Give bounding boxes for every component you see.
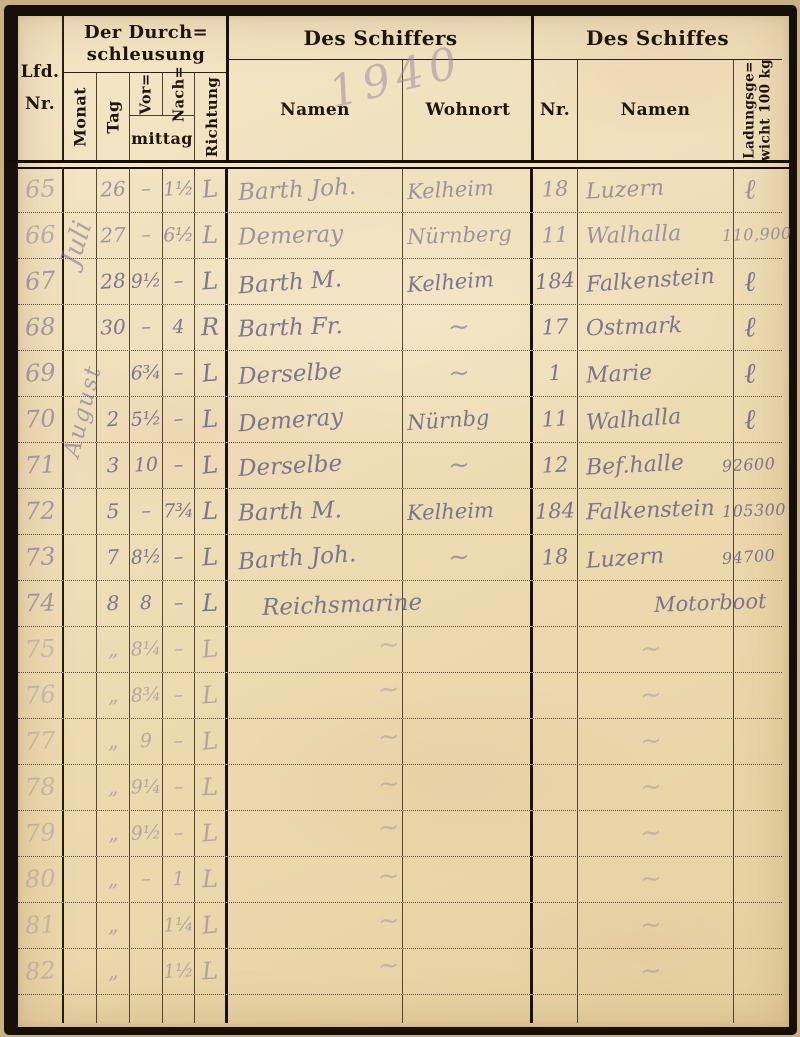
header-mittag-label: mittag: [131, 129, 193, 148]
cell-nachmittag: –: [163, 581, 195, 626]
handwritten-lfd-nr: 82: [17, 948, 64, 995]
cell-richtung: L: [195, 213, 228, 258]
handwritten-schiffer-name: ~: [227, 898, 403, 951]
handwritten-schiff-name: Luzern: [577, 163, 734, 215]
handwritten-schiffer-name: ~: [227, 854, 402, 904]
handwritten-schiff-name: Motorboot: [645, 579, 767, 627]
cell-richtung: L: [195, 535, 228, 580]
cell-monat: [64, 167, 97, 212]
handwritten-gewicht: ℓ: [743, 350, 783, 396]
cell-schiffer-name: Reichsmarine: [228, 581, 403, 626]
handwritten-richtung: L: [193, 626, 227, 673]
cell-schiffer-name: Barth M.: [228, 259, 403, 304]
cell-lfd-nr: 72: [18, 489, 64, 534]
cell-monat: [64, 489, 97, 534]
cell-richtung: L: [195, 581, 228, 626]
handwritten-wohnort: Nürnberg: [402, 211, 530, 259]
handwritten-richtung: L: [194, 764, 226, 809]
handwritten-nachmittag: –: [162, 764, 195, 809]
handwritten-gewicht: ℓ: [743, 258, 784, 305]
handwritten-schiff-name: Marie: [577, 347, 734, 399]
header-richtung-label: Richtung: [203, 76, 221, 157]
handwritten-richtung: L: [194, 258, 227, 304]
cell-wohnort: Nürnbg: [403, 397, 533, 442]
ledger-row: [18, 995, 782, 1023]
cell-nachmittag: 6½: [163, 213, 195, 258]
cell-vormittag: [130, 949, 163, 994]
handwritten-lfd-nr: 69: [17, 350, 63, 396]
cell-wohnort: Kelheim: [403, 167, 533, 212]
handwritten-vormittag: 8: [129, 580, 163, 625]
cell-schiff-name: Marie: [578, 351, 734, 396]
handwritten-nachmittag: –: [162, 534, 196, 580]
cell-tag: 3: [97, 443, 130, 488]
cell-vormittag: –: [130, 305, 163, 350]
cell-schiff-name: [578, 995, 734, 1023]
cell-monat: [64, 903, 97, 948]
handwritten-schiff-nr: [533, 856, 577, 858]
handwritten-tag: „: [96, 626, 130, 672]
cell-vormittag: 8: [130, 581, 163, 626]
cell-tag: „: [97, 857, 130, 902]
cell-nachmittag: 1: [163, 857, 195, 902]
handwritten-lfd-nr: 70: [17, 396, 64, 443]
header-schiffers-label: Des Schiffers: [304, 26, 458, 50]
handwritten-wohnort: ~: [402, 440, 531, 491]
cell-vormittag: –: [130, 213, 163, 258]
cell-lfd-nr: 73: [18, 535, 64, 580]
handwritten-schiff-name: ~: [577, 854, 733, 903]
cell-schiff-nr: 18: [533, 167, 578, 212]
cell-tag: „: [97, 811, 130, 856]
handwritten-nachmittag: –: [162, 396, 196, 442]
handwritten-gewicht: 105300: [721, 488, 782, 534]
handwritten-lfd-nr: 76: [17, 672, 64, 719]
cell-monat: [64, 673, 97, 718]
cell-ladungsgewicht: [734, 949, 782, 994]
cell-wohnort: ~: [403, 351, 533, 396]
cell-richtung: [195, 995, 228, 1023]
table-header: Lfd. Nr. Der Durch= schleusung Monat Tag…: [18, 16, 782, 160]
cell-schiff-nr: [533, 719, 578, 764]
header-vor-label: Vor=: [138, 74, 155, 115]
cell-tag: 8: [97, 581, 130, 626]
cell-schiffer-name: ~: [228, 765, 403, 810]
cell-schiffer-name: ~: [228, 949, 403, 994]
header-monat-label: Monat: [71, 87, 90, 147]
cell-nachmittag: [163, 995, 195, 1023]
cell-nachmittag: –: [163, 811, 195, 856]
cell-lfd-nr: 71: [18, 443, 64, 488]
cell-nachmittag: –: [163, 397, 195, 442]
cell-lfd-nr: 70: [18, 397, 64, 442]
ledger-row: 77 „ 9 – L ~ ~: [18, 719, 782, 765]
handwritten-schiff-name: Walhalla: [577, 210, 733, 259]
cell-schiff-name: Falkenstein: [578, 259, 734, 304]
cell-vormittag: 9: [130, 719, 163, 764]
cell-richtung: R: [195, 305, 228, 350]
handwritten-tag: „: [96, 672, 131, 718]
cell-ladungsgewicht: [734, 627, 782, 672]
handwritten-schiffer-name: Demeray: [227, 391, 404, 447]
handwritten-schiff-nr: [533, 902, 577, 904]
cell-schiff-name: Luzern: [578, 535, 734, 580]
cell-lfd-nr: 82: [18, 949, 64, 994]
scanned-ledger-page: { "header": { "lfd_line1": "Lfd.", "lfd_…: [0, 0, 800, 1037]
cell-ladungsgewicht: [734, 857, 782, 902]
cell-schiff-name: Walhalla: [578, 213, 734, 258]
handwritten-gewicht: 92600: [721, 441, 783, 488]
cell-tag: „: [97, 627, 130, 672]
header-mittag: mittag: [130, 115, 195, 160]
cell-lfd-nr: 76: [18, 673, 64, 718]
cell-monat: [64, 949, 97, 994]
ledger-row: 68 30 – 4 R Barth Fr. ~ 17 Ostmark ℓ: [18, 305, 782, 351]
cell-schiffer-name: Barth Fr.: [228, 305, 403, 350]
handwritten-tag: „: [96, 764, 130, 809]
cell-ladungsgewicht: [734, 673, 782, 718]
handwritten-schiff-nr: 184: [532, 258, 579, 305]
handwritten-tag: „: [96, 948, 131, 994]
handwritten-schiff-nr: 12: [532, 442, 578, 488]
handwritten-schiff-name: ~: [577, 762, 733, 811]
cell-monat: [64, 581, 97, 626]
handwritten-schiff-name: Bef.halle: [577, 439, 734, 491]
handwritten-schiff-name: ~: [577, 623, 734, 675]
cell-tag: „: [97, 903, 130, 948]
cell-vormittag: –: [130, 167, 163, 212]
cell-wohnort: [403, 903, 533, 948]
cell-vormittag: 9½: [130, 811, 163, 856]
cell-monat: [64, 259, 97, 304]
handwritten-tag: 8: [96, 580, 130, 625]
cell-monat: [64, 351, 97, 396]
cell-monat: [64, 857, 97, 902]
handwritten-vormittag: 8¼: [129, 626, 163, 672]
handwritten-vormittag: [130, 948, 162, 950]
handwritten-vormittag: [130, 902, 162, 904]
cell-tag: „: [97, 949, 130, 994]
cell-schiff-nr: [533, 673, 578, 718]
handwritten-schiff-nr: 184: [532, 488, 578, 534]
handwritten-wohnort: Kelheim: [402, 164, 531, 215]
header-schiff-nr: Nr.: [533, 60, 578, 160]
handwritten-nachmittag: 6½: [162, 212, 195, 257]
handwritten-schiff-nr: [533, 994, 577, 996]
handwritten-vormittag: 8½: [129, 534, 164, 580]
cell-monat: [64, 397, 97, 442]
cell-vormittag: –: [130, 857, 163, 902]
handwritten-lfd-nr: 65: [17, 166, 63, 212]
handwritten-nachmittag: 1¼: [162, 902, 195, 948]
handwritten-wohnort: Kelheim: [402, 487, 530, 535]
handwritten-schiff-nr: 1: [532, 350, 578, 396]
handwritten-richtung: L: [194, 212, 226, 257]
cell-lfd-nr: 78: [18, 765, 64, 810]
handwritten-lfd-nr: 79: [17, 810, 64, 857]
handwritten-vormittag: 8¾: [129, 672, 164, 718]
header-schiffer-namen: Namen: [228, 60, 403, 160]
cell-schiff-name: ~: [578, 857, 734, 902]
cell-schiff-nr: 184: [533, 489, 578, 534]
ledger-row: 73 7 8½ – L Barth Joh. ~ 18 Luzern 94700: [18, 535, 782, 581]
handwritten-schiffer-name: ~: [227, 622, 403, 675]
cell-wohnort: [403, 719, 533, 764]
cell-richtung: L: [195, 259, 228, 304]
cell-nachmittag: –: [163, 627, 195, 672]
cell-schiff-nr: [533, 903, 578, 948]
cell-ladungsgewicht: [734, 995, 782, 1023]
handwritten-tag: „: [96, 718, 130, 764]
handwritten-gewicht: 94700: [721, 533, 784, 581]
handwritten-tag: „: [96, 856, 130, 901]
ledger-row: 71 3 10 – L Derselbe ~ 12 Bef.halle 9260…: [18, 443, 782, 489]
handwritten-tag: [97, 350, 129, 352]
handwritten-richtung: L: [194, 534, 227, 580]
cell-tag: [97, 351, 130, 396]
handwritten-wohnort: ~: [402, 348, 531, 399]
handwritten-gewicht: ℓ: [743, 166, 783, 212]
handwritten-tag: „: [96, 810, 131, 856]
cell-tag: [97, 995, 130, 1023]
cell-tag: 30: [97, 305, 130, 350]
handwritten-nachmittag: –: [162, 718, 195, 764]
cell-lfd-nr: 74: [18, 581, 64, 626]
cell-ladungsgewicht: ℓ: [734, 259, 782, 304]
cell-vormittag: 9½: [130, 259, 163, 304]
handwritten-tag: 27: [96, 212, 130, 257]
cell-ladungsgewicht: 105300: [734, 489, 782, 534]
cell-lfd-nr: 77: [18, 719, 64, 764]
handwritten-wohnort: Nürnbg: [402, 393, 532, 446]
handwritten-nachmittag: 1½: [162, 166, 195, 212]
cell-tag: 7: [97, 535, 130, 580]
cell-wohnort: [403, 673, 533, 718]
handwritten-schiffer-name: Barth Fr.: [227, 302, 402, 352]
divider-schiffers: [226, 16, 229, 160]
handwritten-vormittag: –: [129, 488, 163, 533]
handwritten-tag: 3: [96, 442, 130, 488]
cell-ladungsgewicht: ℓ: [734, 351, 782, 396]
cell-ladungsgewicht: [734, 719, 782, 764]
cell-schiffer-name: Demeray: [228, 397, 403, 442]
header-schiff-namen-label: Namen: [621, 100, 691, 120]
handwritten-schiff-name: Falkenstein: [577, 254, 735, 309]
table-body: 65 26 – 1½ L Barth Joh. Kelheim 18 Luzer…: [18, 167, 782, 1023]
cell-schiff-nr: 184: [533, 259, 578, 304]
cell-tag: 26: [97, 167, 130, 212]
handwritten-wohnort: ~: [402, 303, 530, 351]
handwritten-lfd-nr: 80: [17, 856, 63, 902]
handwritten-gewicht: 110,900: [721, 212, 782, 258]
ledger-row: 67 28 9½ – L Barth M. Kelheim 184 Falken…: [18, 259, 782, 305]
handwritten-schiffer-name: ~: [227, 714, 403, 767]
cell-schiff-name: ~: [578, 627, 734, 672]
header-wohnort-label: Wohnort: [426, 100, 511, 120]
cell-schiff-nr: 11: [533, 397, 578, 442]
cell-ladungsgewicht: [734, 903, 782, 948]
cell-ladungsgewicht: 94700: [734, 535, 782, 580]
cell-tag: „: [97, 673, 130, 718]
handwritten-lfd-nr: 75: [17, 626, 63, 672]
header-gewicht-line2: wicht 100 kg: [758, 59, 774, 161]
cell-vormittag: 8½: [130, 535, 163, 580]
cell-lfd-nr: 67: [18, 259, 64, 304]
cell-lfd-nr: 65: [18, 167, 64, 212]
cell-richtung: L: [195, 811, 228, 856]
handwritten-richtung: L: [194, 948, 227, 994]
cell-ladungsgewicht: [734, 765, 782, 810]
ledger-row: 82 „ 1½ L ~ ~: [18, 949, 782, 995]
handwritten-tag: [97, 994, 129, 996]
cell-richtung: L: [195, 949, 228, 994]
cell-schiff-name: Walhalla: [578, 397, 734, 442]
cell-schiffer-name: ~: [228, 627, 403, 672]
handwritten-schiffer-name: ~: [227, 667, 404, 723]
header-schiff-nr-label: Nr.: [540, 100, 570, 120]
handwritten-nachmittag: –: [162, 350, 195, 396]
handwritten-vormittag: 5½: [129, 396, 164, 442]
ledger-frame: Lfd. Nr. Der Durch= schleusung Monat Tag…: [4, 5, 797, 1035]
handwritten-nachmittag: –: [162, 626, 195, 672]
cell-richtung: L: [195, 167, 228, 212]
header-schiffes-label: Des Schiffes: [586, 26, 729, 50]
handwritten-lfd-nr: 67: [17, 258, 64, 305]
cell-schiff-name: ~: [578, 673, 734, 718]
cell-wohnort: Kelheim: [403, 259, 533, 304]
handwritten-vormittag: –: [129, 212, 163, 257]
handwritten-lfd-nr: 81: [17, 902, 63, 948]
handwritten-richtung: L: [193, 902, 227, 949]
cell-richtung: L: [195, 443, 228, 488]
handwritten-lfd-nr: [18, 994, 62, 996]
cell-schiffer-name: Derselbe: [228, 351, 403, 396]
ledger-row: 74 8 8 – L Reichsmarine Motorboot: [18, 581, 782, 627]
cell-schiff-nr: 12: [533, 443, 578, 488]
ledger-table: Lfd. Nr. Der Durch= schleusung Monat Tag…: [18, 16, 782, 1025]
handwritten-vormittag: 9½: [129, 810, 164, 856]
handwritten-schiff-nr: 11: [532, 396, 579, 443]
header-monat: Monat: [64, 73, 97, 160]
cell-lfd-nr: 79: [18, 811, 64, 856]
cell-nachmittag: 1½: [163, 949, 195, 994]
cell-schiff-name: Luzern: [578, 167, 734, 212]
cell-schiff-name: Falkenstein: [578, 489, 734, 534]
cell-schiff-nr: [533, 627, 578, 672]
cell-schiffer-name: Barth M.: [228, 489, 403, 534]
handwritten-richtung: L: [193, 718, 227, 765]
handwritten-wohnort: Kelheim: [402, 255, 532, 308]
cell-schiff-nr: [533, 857, 578, 902]
handwritten-richtung: L: [194, 672, 227, 718]
header-ladungsgewicht: Ladungsge= wicht 100 kg: [734, 60, 782, 160]
cell-richtung: L: [195, 719, 228, 764]
cell-richtung: L: [195, 397, 228, 442]
cell-ladungsgewicht: 92600: [734, 443, 782, 488]
cell-lfd-nr: [18, 995, 64, 1023]
cell-vormittag: 9¼: [130, 765, 163, 810]
cell-wohnort: [403, 949, 533, 994]
handwritten-richtung: L: [193, 166, 227, 213]
cell-schiff-nr: 18: [533, 535, 578, 580]
cell-schiff-name: ~: [578, 949, 734, 994]
header-group-des-schiffers: Des Schiffers: [228, 16, 533, 60]
cell-lfd-nr: 66: [18, 213, 64, 258]
handwritten-schiff-nr: 11: [532, 212, 578, 258]
handwritten-lfd-nr: 71: [17, 442, 63, 488]
handwritten-richtung: L: [194, 810, 227, 856]
cell-nachmittag: –: [163, 765, 195, 810]
handwritten-schiffer-name: Barth Joh.: [227, 529, 404, 585]
handwritten-schiffer-name: Derselbe: [227, 438, 403, 491]
header-durch-line2: schleusung: [87, 44, 205, 67]
cell-monat: [64, 995, 97, 1023]
handwritten-lfd-nr: 74: [17, 580, 63, 626]
cell-schiff-nr: [533, 811, 578, 856]
cell-lfd-nr: 80: [18, 857, 64, 902]
header-schiff-namen: Namen: [578, 60, 734, 160]
cell-schiffer-name: Derselbe: [228, 443, 403, 488]
cell-vormittag: 8¾: [130, 673, 163, 718]
cell-nachmittag: 1¼: [163, 903, 195, 948]
cell-richtung: L: [195, 903, 228, 948]
cell-schiff-name: Ostmark: [578, 305, 734, 350]
ledger-row: 70 2 5½ – L Demeray Nürnbg 11 Walhalla ℓ: [18, 397, 782, 443]
handwritten-nachmittag: 1½: [162, 948, 196, 994]
cell-schiff-name: ~: [578, 719, 734, 764]
handwritten-vormittag: –: [129, 166, 163, 212]
cell-nachmittag: 1½: [163, 167, 195, 212]
handwritten-richtung: L: [194, 396, 227, 442]
cell-wohnort: [403, 857, 533, 902]
header-nach-label: Nach=: [170, 66, 187, 122]
cell-monat: [64, 765, 97, 810]
handwritten-schiff-name: Luzern: [577, 530, 735, 585]
handwritten-richtung: L: [194, 488, 226, 533]
handwritten-nachmittag: –: [162, 810, 196, 856]
handwritten-schiffer-name: Barth Joh.: [227, 162, 403, 215]
handwritten-schiffer-name: Barth M.: [227, 486, 402, 536]
cell-schiffer-name: ~: [228, 903, 403, 948]
handwritten-nachmittag: 4: [162, 304, 195, 349]
cell-schiffer-name: ~: [228, 673, 403, 718]
handwritten-richtung: L: [193, 350, 227, 397]
cell-lfd-nr: 81: [18, 903, 64, 948]
handwritten-schiffer-name: ~: [227, 762, 402, 812]
handwritten-vormittag: 10: [129, 442, 163, 488]
cell-vormittag: 10: [130, 443, 163, 488]
cell-ladungsgewicht: ℓ: [734, 167, 782, 212]
header-lfd-line1: Lfd.: [21, 56, 60, 88]
handwritten-schiffer-name: Demeray: [227, 210, 402, 260]
header-group-durchschleusung: Der Durch= schleusung: [64, 16, 228, 73]
header-lfd-nr: Lfd. Nr.: [18, 16, 64, 160]
cell-wohnort: Nürnberg: [403, 213, 533, 258]
handwritten-schiff-nr: 18: [532, 166, 578, 212]
cell-schiffer-name: ~: [228, 811, 403, 856]
handwritten-schiff-nr: 17: [532, 304, 578, 350]
handwritten-tag: 5: [96, 488, 130, 533]
cell-schiffer-name: ~: [228, 857, 403, 902]
cell-schiff-nr: 11: [533, 213, 578, 258]
handwritten-gewicht: ℓ: [743, 304, 783, 349]
cell-lfd-nr: 68: [18, 305, 64, 350]
cell-richtung: L: [195, 765, 228, 810]
header-ladungsgewicht-label: Ladungsge= wicht 100 kg: [742, 59, 773, 161]
cell-nachmittag: –: [163, 259, 195, 304]
handwritten-richtung: L: [194, 580, 226, 625]
handwritten-schiffer-name: ~: [227, 943, 404, 999]
